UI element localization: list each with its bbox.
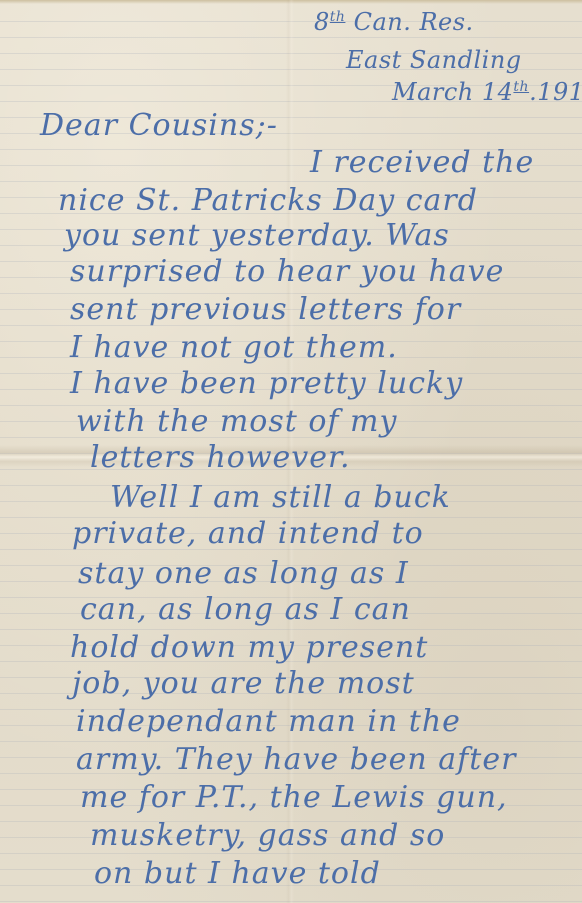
header-date: March 14th.1918	[392, 78, 582, 106]
body-line: independant man in the	[76, 704, 461, 739]
body-line: nice St. Patricks Day card	[58, 183, 478, 218]
body-line: private, and intend to	[72, 516, 424, 551]
unit-number: 8	[314, 8, 330, 36]
body-line: I have not got them.	[70, 330, 398, 365]
unit-name: Can. Res.	[354, 8, 474, 36]
date-year: .1918	[529, 78, 582, 106]
body-line: I received the	[310, 145, 534, 180]
date-month-day: March 14	[392, 78, 513, 106]
body-line: you sent yesterday. Was	[64, 218, 450, 253]
unit-suffix: th	[330, 9, 346, 25]
body-line: I have been pretty lucky	[70, 366, 463, 401]
body-line: can, as long as I can	[80, 592, 411, 627]
body-line: musketry, gass and so	[90, 818, 445, 853]
body-line: stay one as long as I	[78, 556, 409, 591]
body-line: sent previous letters for	[70, 292, 461, 327]
body-line: job, you are the most	[72, 666, 415, 701]
body-line: surprised to hear you have	[70, 254, 504, 289]
body-line: on but I have told	[94, 856, 381, 891]
body-line: hold down my present	[70, 630, 428, 665]
letter-page: 8th Can. Res. East Sandling March 14th.1…	[0, 0, 582, 903]
body-line: letters however.	[90, 440, 351, 475]
body-line: army. They have been after	[76, 742, 516, 777]
header-unit: 8th Can. Res.	[314, 8, 474, 36]
body-line: me for P.T., the Lewis gun,	[80, 780, 508, 815]
salutation: Dear Cousins;-	[40, 108, 278, 143]
body-line: with the most of my	[76, 404, 397, 439]
header-location: East Sandling	[346, 46, 522, 74]
body-line: Well I am still a buck	[110, 480, 451, 515]
date-suffix: th	[513, 79, 529, 95]
